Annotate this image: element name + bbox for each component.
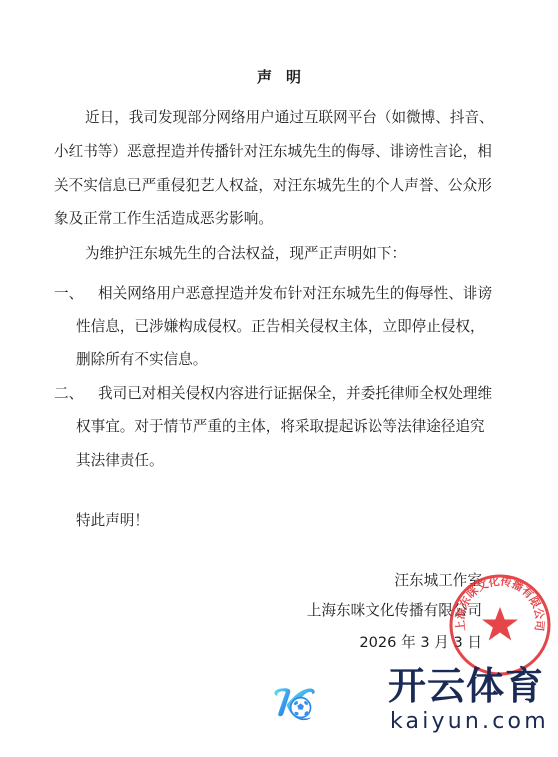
intro-line: 象及正常工作生活造成恶劣影响。 — [54, 209, 273, 229]
lead-sentence: 为维护汪东城先生的合法权益，现严正声明如下： — [85, 244, 406, 264]
item-line: 删除所有不实信息。 — [76, 350, 207, 370]
kaiyun-logo — [270, 658, 390, 748]
intro-line: 关不实信息已严重侵犯艺人权益，对汪东城先生的个人声誉、公众形 — [54, 176, 492, 196]
brand-name-cn: 开云体育 — [388, 664, 544, 708]
closing-line: 特此声明！ — [76, 511, 149, 531]
intro-line: 小红书等）恶意捏造并传播针对汪东城先生的侮辱、诽谤性言论，相 — [54, 142, 492, 162]
intro-line: 近日，我司发现部分网络用户通过互联网平台（如微博、抖音、 — [85, 108, 494, 128]
document-title: 声明 — [0, 66, 558, 87]
item-number: 二、 — [54, 384, 83, 404]
item-line: 性信息，已涉嫌构成侵权。正告相关侵权主体，立即停止侵权， — [76, 317, 485, 337]
company-seal: 上海东咪文化传播有限公司 — [448, 573, 552, 677]
item-line: 相关网络用户恶意捏造并发布针对汪东城先生的侮辱性、诽谤 — [98, 284, 492, 304]
brand-name-en: kaiyun.com — [390, 708, 549, 736]
item-number: 一、 — [54, 284, 83, 304]
item-line: 权事宜。对于情节严重的主体，将采取提起诉讼等法律途径追究 — [76, 417, 485, 437]
item-line: 我司已对相关侵权内容进行证据保全，并委托律师全权处理维 — [98, 384, 492, 404]
star-icon — [482, 607, 518, 641]
soccer-ball-icon — [291, 698, 311, 718]
item-line: 其法律责任。 — [76, 451, 164, 471]
